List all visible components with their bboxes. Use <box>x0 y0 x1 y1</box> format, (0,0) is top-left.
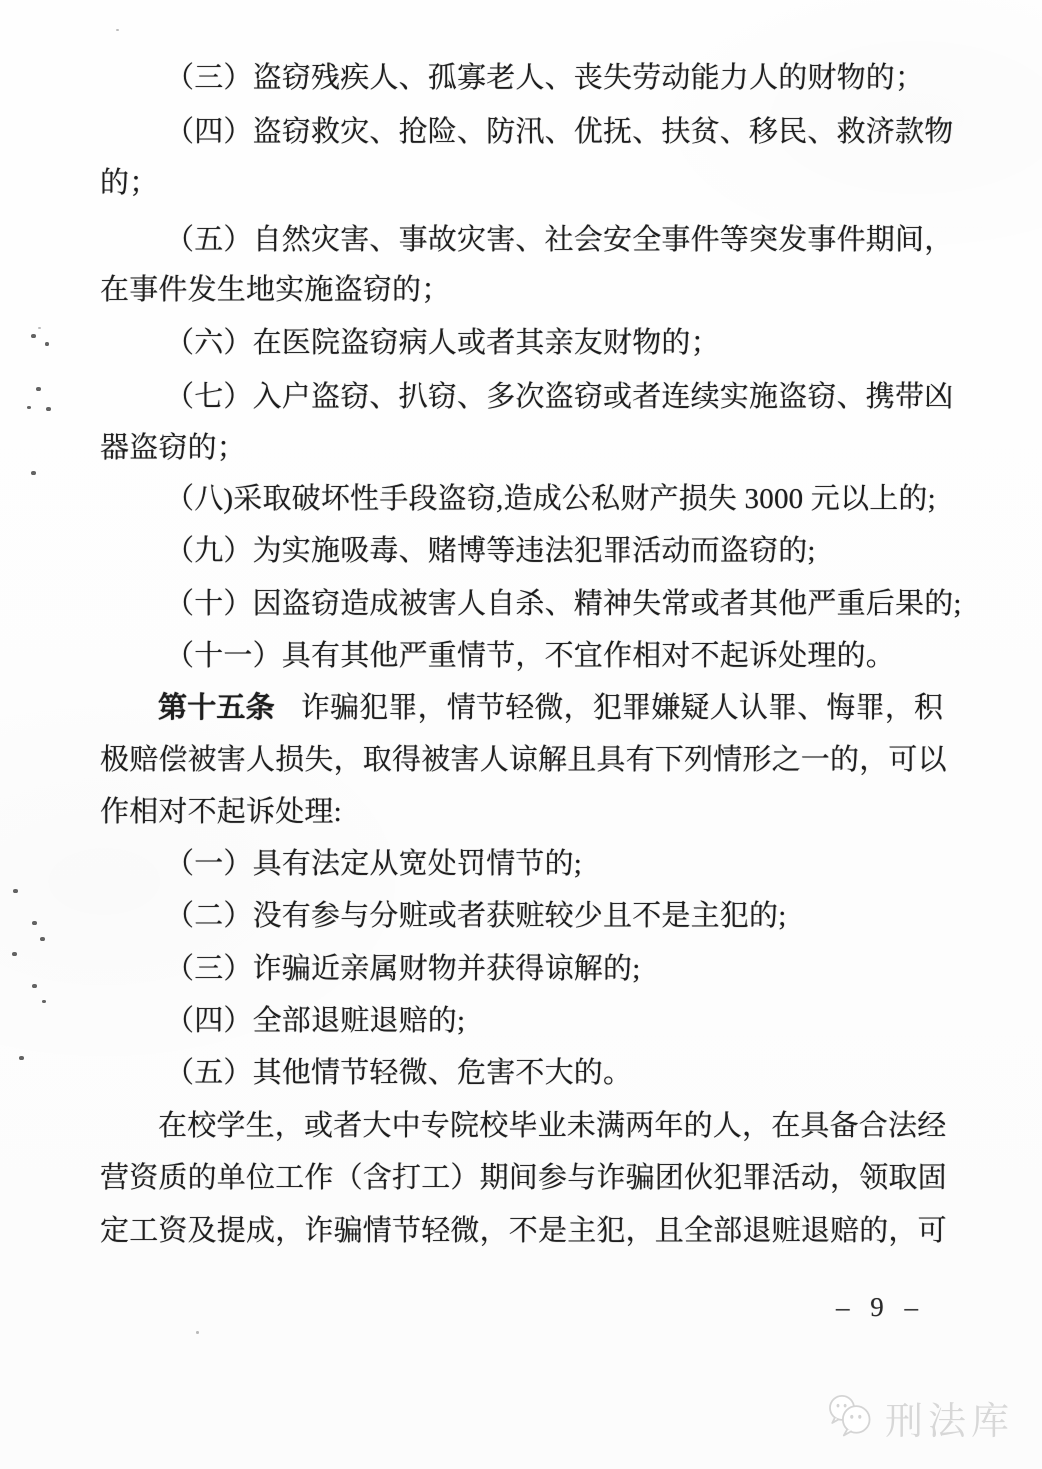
text-line: （三）盗窃残疾人、孤寡老人、丧失劳动能力人的财物的； <box>100 58 924 98</box>
scan-speck <box>12 952 17 956</box>
text-line: 定工资及提成，诈骗情节轻微，不是主犯，且全部退赃退赔的，可 <box>100 1211 947 1251</box>
scan-speck <box>46 407 51 411</box>
scan-speck <box>31 334 36 338</box>
scan-speck <box>36 387 41 391</box>
text-line: （五）自然灾害、事故灾害、社会安全事件等突发事件期间， <box>100 220 953 260</box>
text-line: 极赔偿被害人损失，取得被害人谅解且具有下列情形之一的，可以 <box>100 740 947 780</box>
text-line: 的； <box>100 163 158 203</box>
scan-speck <box>116 29 119 31</box>
text-line: （七）入户盗窃、扒窃、多次盗窃或者连续实施盗窃、携带凶 <box>100 377 953 417</box>
text-line: 作相对不起诉处理: <box>100 792 342 832</box>
text-line: （十）因盗窃造成被害人自杀、精神失常或者其他严重后果的; <box>100 584 962 624</box>
scan-speck <box>31 471 36 475</box>
scan-speck <box>40 937 45 941</box>
scan-speck <box>38 327 41 329</box>
text-line: （八)采取破坏性手段盗窃,造成公私财产损失 3000 元以上的; <box>100 479 936 519</box>
text-line: 器盗窃的； <box>100 428 246 468</box>
scan-speck <box>42 1000 46 1003</box>
scan-speck <box>32 984 37 988</box>
scan-speck <box>45 342 49 346</box>
article-number-label: 第十五条 <box>158 692 275 724</box>
text-line: （九）为实施吸毒、赌博等违法犯罪活动而盗窃的; <box>100 531 816 571</box>
watermark-label: 刑法库 <box>885 1390 1014 1445</box>
scan-speck <box>32 921 37 925</box>
text-line: （一）具有法定从宽处罚情节的; <box>100 844 582 884</box>
text-line: 在校学生，或者大中专院校毕业未满两年的人，在具备合法经 <box>100 1106 946 1146</box>
text-line: （四）盗窃救灾、抢险、防汛、优抚、扶贫、移民、救济款物 <box>100 112 953 152</box>
text-line: （三）诈骗近亲属财物并获得谅解的; <box>100 949 640 989</box>
text-line: （四）全部退赃退赔的; <box>100 1001 465 1041</box>
text-line: 在事件发生地实施盗窃的； <box>100 270 450 310</box>
scan-speck <box>27 406 31 409</box>
watermark: 刑法库 <box>823 1390 1014 1445</box>
article-text: 诈骗犯罪，情节轻微，犯罪嫌疑人认罪、悔罪，积 <box>301 692 943 724</box>
scanned-document-page: （三）盗窃残疾人、孤寡老人、丧失劳动能力人的财物的； （四）盗窃救灾、抢险、防汛… <box>0 0 1042 1469</box>
scan-speck <box>196 1331 199 1334</box>
text-line: （十一）具有其他严重情节，不宜作相对不起诉处理的。 <box>100 636 895 676</box>
text-line: （六）在医院盗窃病人或者其亲友财物的； <box>100 323 720 363</box>
scan-speck <box>13 889 18 893</box>
text-line: 营资质的单位工作（含打工）期间参与诈骗团伙犯罪活动，领取固 <box>100 1158 947 1198</box>
text-line: （二）没有参与分赃或者获赃较少且不是主犯的; <box>100 896 786 936</box>
wechat-icon <box>823 1391 877 1444</box>
article-heading-line: 第十五条诈骗犯罪，情节轻微，犯罪嫌疑人认罪、悔罪，积 <box>100 688 943 728</box>
page-number: – 9 – <box>836 1292 925 1323</box>
text-line: （五）其他情节轻微、危害不大的。 <box>100 1053 632 1093</box>
scan-speck <box>19 1056 24 1060</box>
